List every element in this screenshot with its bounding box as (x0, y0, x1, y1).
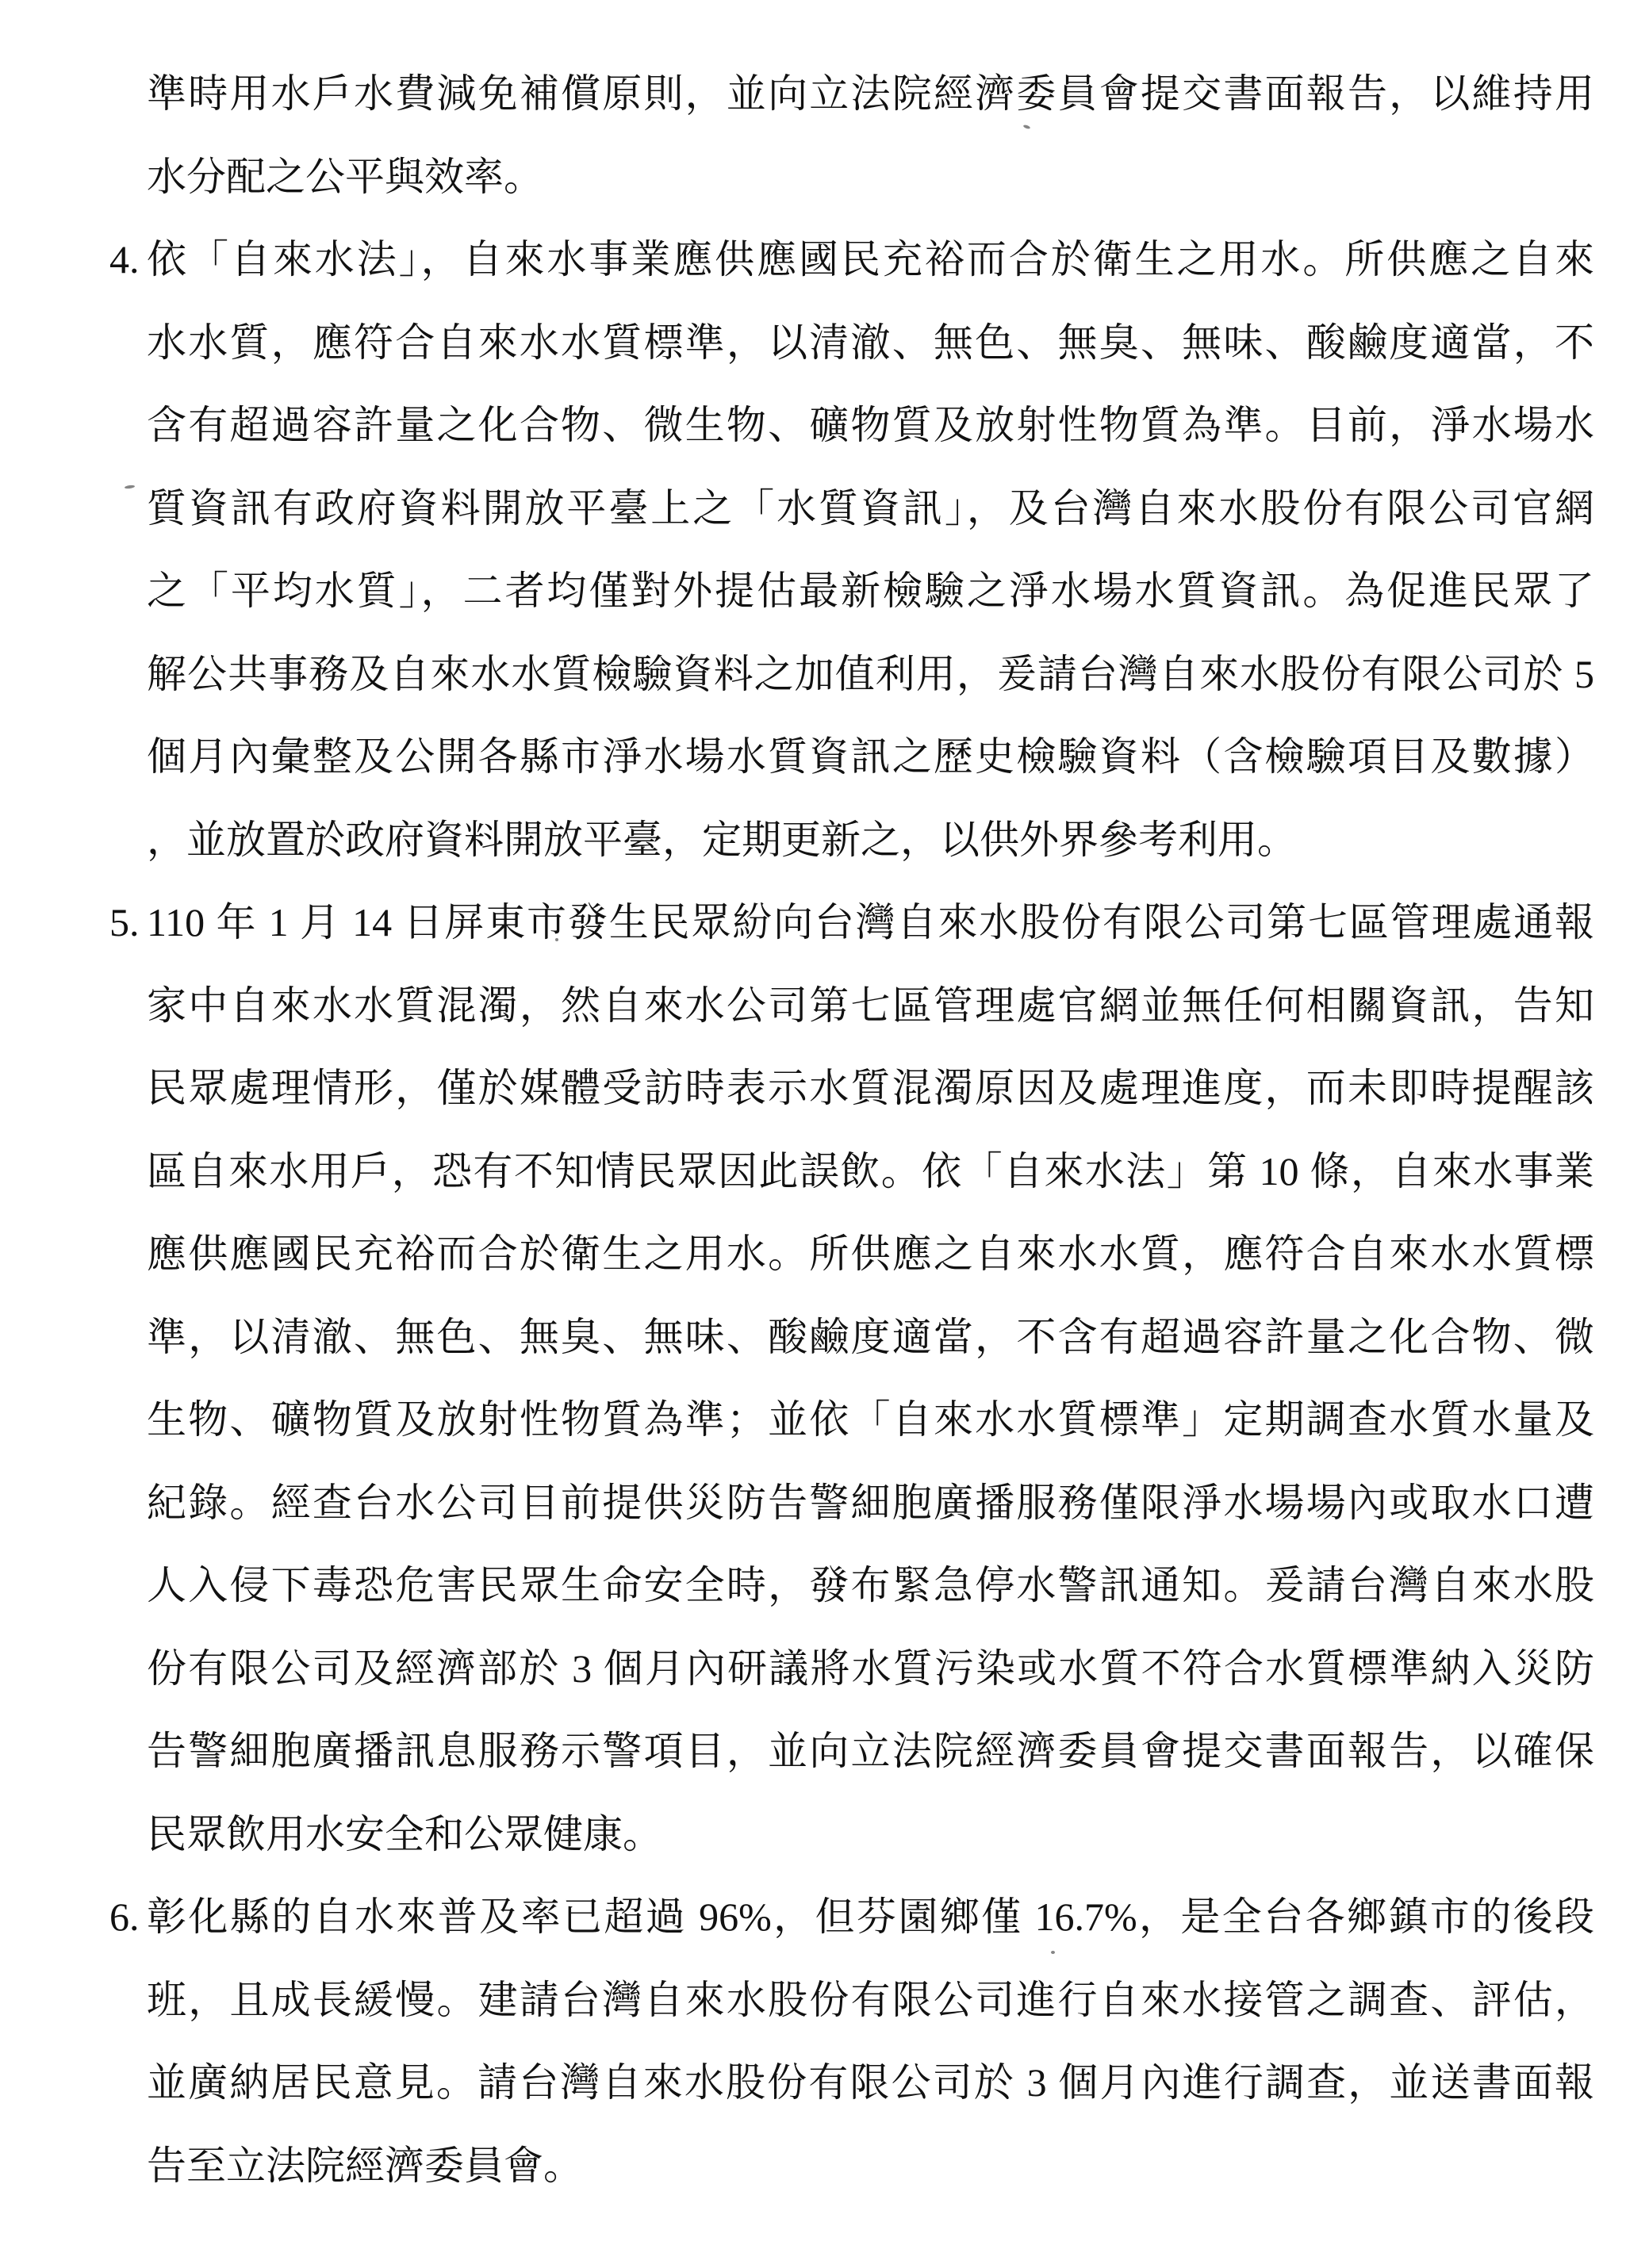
text-line: 民眾飲用水安全和公眾健康。 (147, 1793, 1594, 1876)
text-line: 水水質，應符合自來水水質標準，以清澈、無色、無臭、無味、酸鹼度適當，不 (147, 301, 1594, 385)
list-item-6: 6. 彰化縣的自水來普及率已超過 96%，但芬園鄉僅 16.7%，是全台各鄉鎮市… (147, 1875, 1594, 2207)
text-line: 告警細胞廣播訊息服務示警項目，並向立法院經濟委員會提交書面報告，以確保 (147, 1710, 1594, 1793)
text-line: 家中自來水水質混濁，然自來水公司第七區管理處官網並無任何相關資訊，告知 (147, 964, 1594, 1048)
text-line: 110 年 1 月 14 日屏東市發生民眾紛向台灣自來水股份有限公司第七區管理處… (147, 881, 1594, 964)
text-line: 應供應國民充裕而合於衛生之用水。所供應之自來水水質，應符合自來水水質標 (147, 1213, 1594, 1296)
text-line: 之「平均水質」，二者均僅對外提估最新檢驗之淨水場水質資訊。為促進民眾了 (147, 550, 1594, 633)
text-line: 份有限公司及經濟部於 3 個月內研議將水質污染或水質不符合水質標準納入災防 (147, 1627, 1594, 1711)
text-line: 個月內彙整及公開各縣市淨水場水質資訊之歷史檢驗資料（含檢驗項目及數據） (147, 715, 1594, 799)
text-line: 告至立法院經濟委員會。 (147, 2124, 1594, 2208)
scanned-document-page: 準時用水戶水費減免補償原則，並向立法院經濟委員會提交書面報告，以維持用 水分配之… (0, 0, 1649, 2268)
scan-speckle (125, 485, 135, 489)
text-line: 班，且成長緩慢。建請台灣自來水股份有限公司進行自來水接管之調查、評估， (147, 1959, 1594, 2042)
text-line: 準時用水戶水費減免補償原則，並向立法院經濟委員會提交書面報告，以維持用 (147, 52, 1594, 136)
text-line: ，並放置於政府資料開放平臺，定期更新之，以供外界參考利用。 (147, 799, 1594, 882)
list-item-5: 5. 110 年 1 月 14 日屏東市發生民眾紛向台灣自來水股份有限公司第七區… (147, 881, 1594, 1875)
item-number: 5. (109, 881, 147, 964)
text-line: 依「自來水法」，自來水事業應供應國民充裕而合於衛生之用水。所供應之自來 (147, 218, 1594, 301)
text-line: 含有超過容許量之化合物、微生物、礦物質及放射性物質為準。目前，淨水場水 (147, 384, 1594, 467)
text-line: 質資訊有政府資料開放平臺上之「水質資訊」，及台灣自來水股份有限公司官網 (147, 467, 1594, 550)
item-number: 4. (109, 218, 147, 301)
text-line: 彰化縣的自水來普及率已超過 96%，但芬園鄉僅 16.7%，是全台各鄉鎮市的後段 (147, 1875, 1594, 1959)
list-item-4: 4. 依「自來水法」，自來水事業應供應國民充裕而合於衛生之用水。所供應之自來 水… (147, 218, 1594, 881)
text-line: 準，以清澈、無色、無臭、無味、酸鹼度適當，不含有超過容許量之化合物、微 (147, 1296, 1594, 1379)
item-number: 6. (109, 1875, 147, 1959)
text-line: 解公共事務及自來水水質檢驗資料之加值利用，爰請台灣自來水股份有限公司於 5 (147, 633, 1594, 716)
text-line: 區自來水用戶，恐有不知情民眾因此誤飲。依「自來水法」第 10 條，自來水事業 (147, 1130, 1594, 1213)
text-line: 民眾處理情形，僅於媒體受訪時表示水質混濁原因及處理進度，而未即時提醒該 (147, 1047, 1594, 1130)
text-line: 紀錄。經查台水公司目前提供災防告警細胞廣播服務僅限淨水場場內或取水口遭 (147, 1462, 1594, 1545)
text-line: 生物、礦物質及放射性物質為準；並依「自來水水質標準」定期調查水質水量及 (147, 1378, 1594, 1462)
text-line: 人入侵下毒恐危害民眾生命安全時，發布緊急停水警訊通知。爰請台灣自來水股 (147, 1544, 1594, 1627)
text-line: 水分配之公平與效率。 (147, 136, 1594, 219)
text-line: 並廣納居民意見。請台灣自來水股份有限公司於 3 個月內進行調查，並送書面報 (147, 2041, 1594, 2124)
paragraph-continuation: 準時用水戶水費減免補償原則，並向立法院經濟委員會提交書面報告，以維持用 水分配之… (147, 52, 1594, 218)
